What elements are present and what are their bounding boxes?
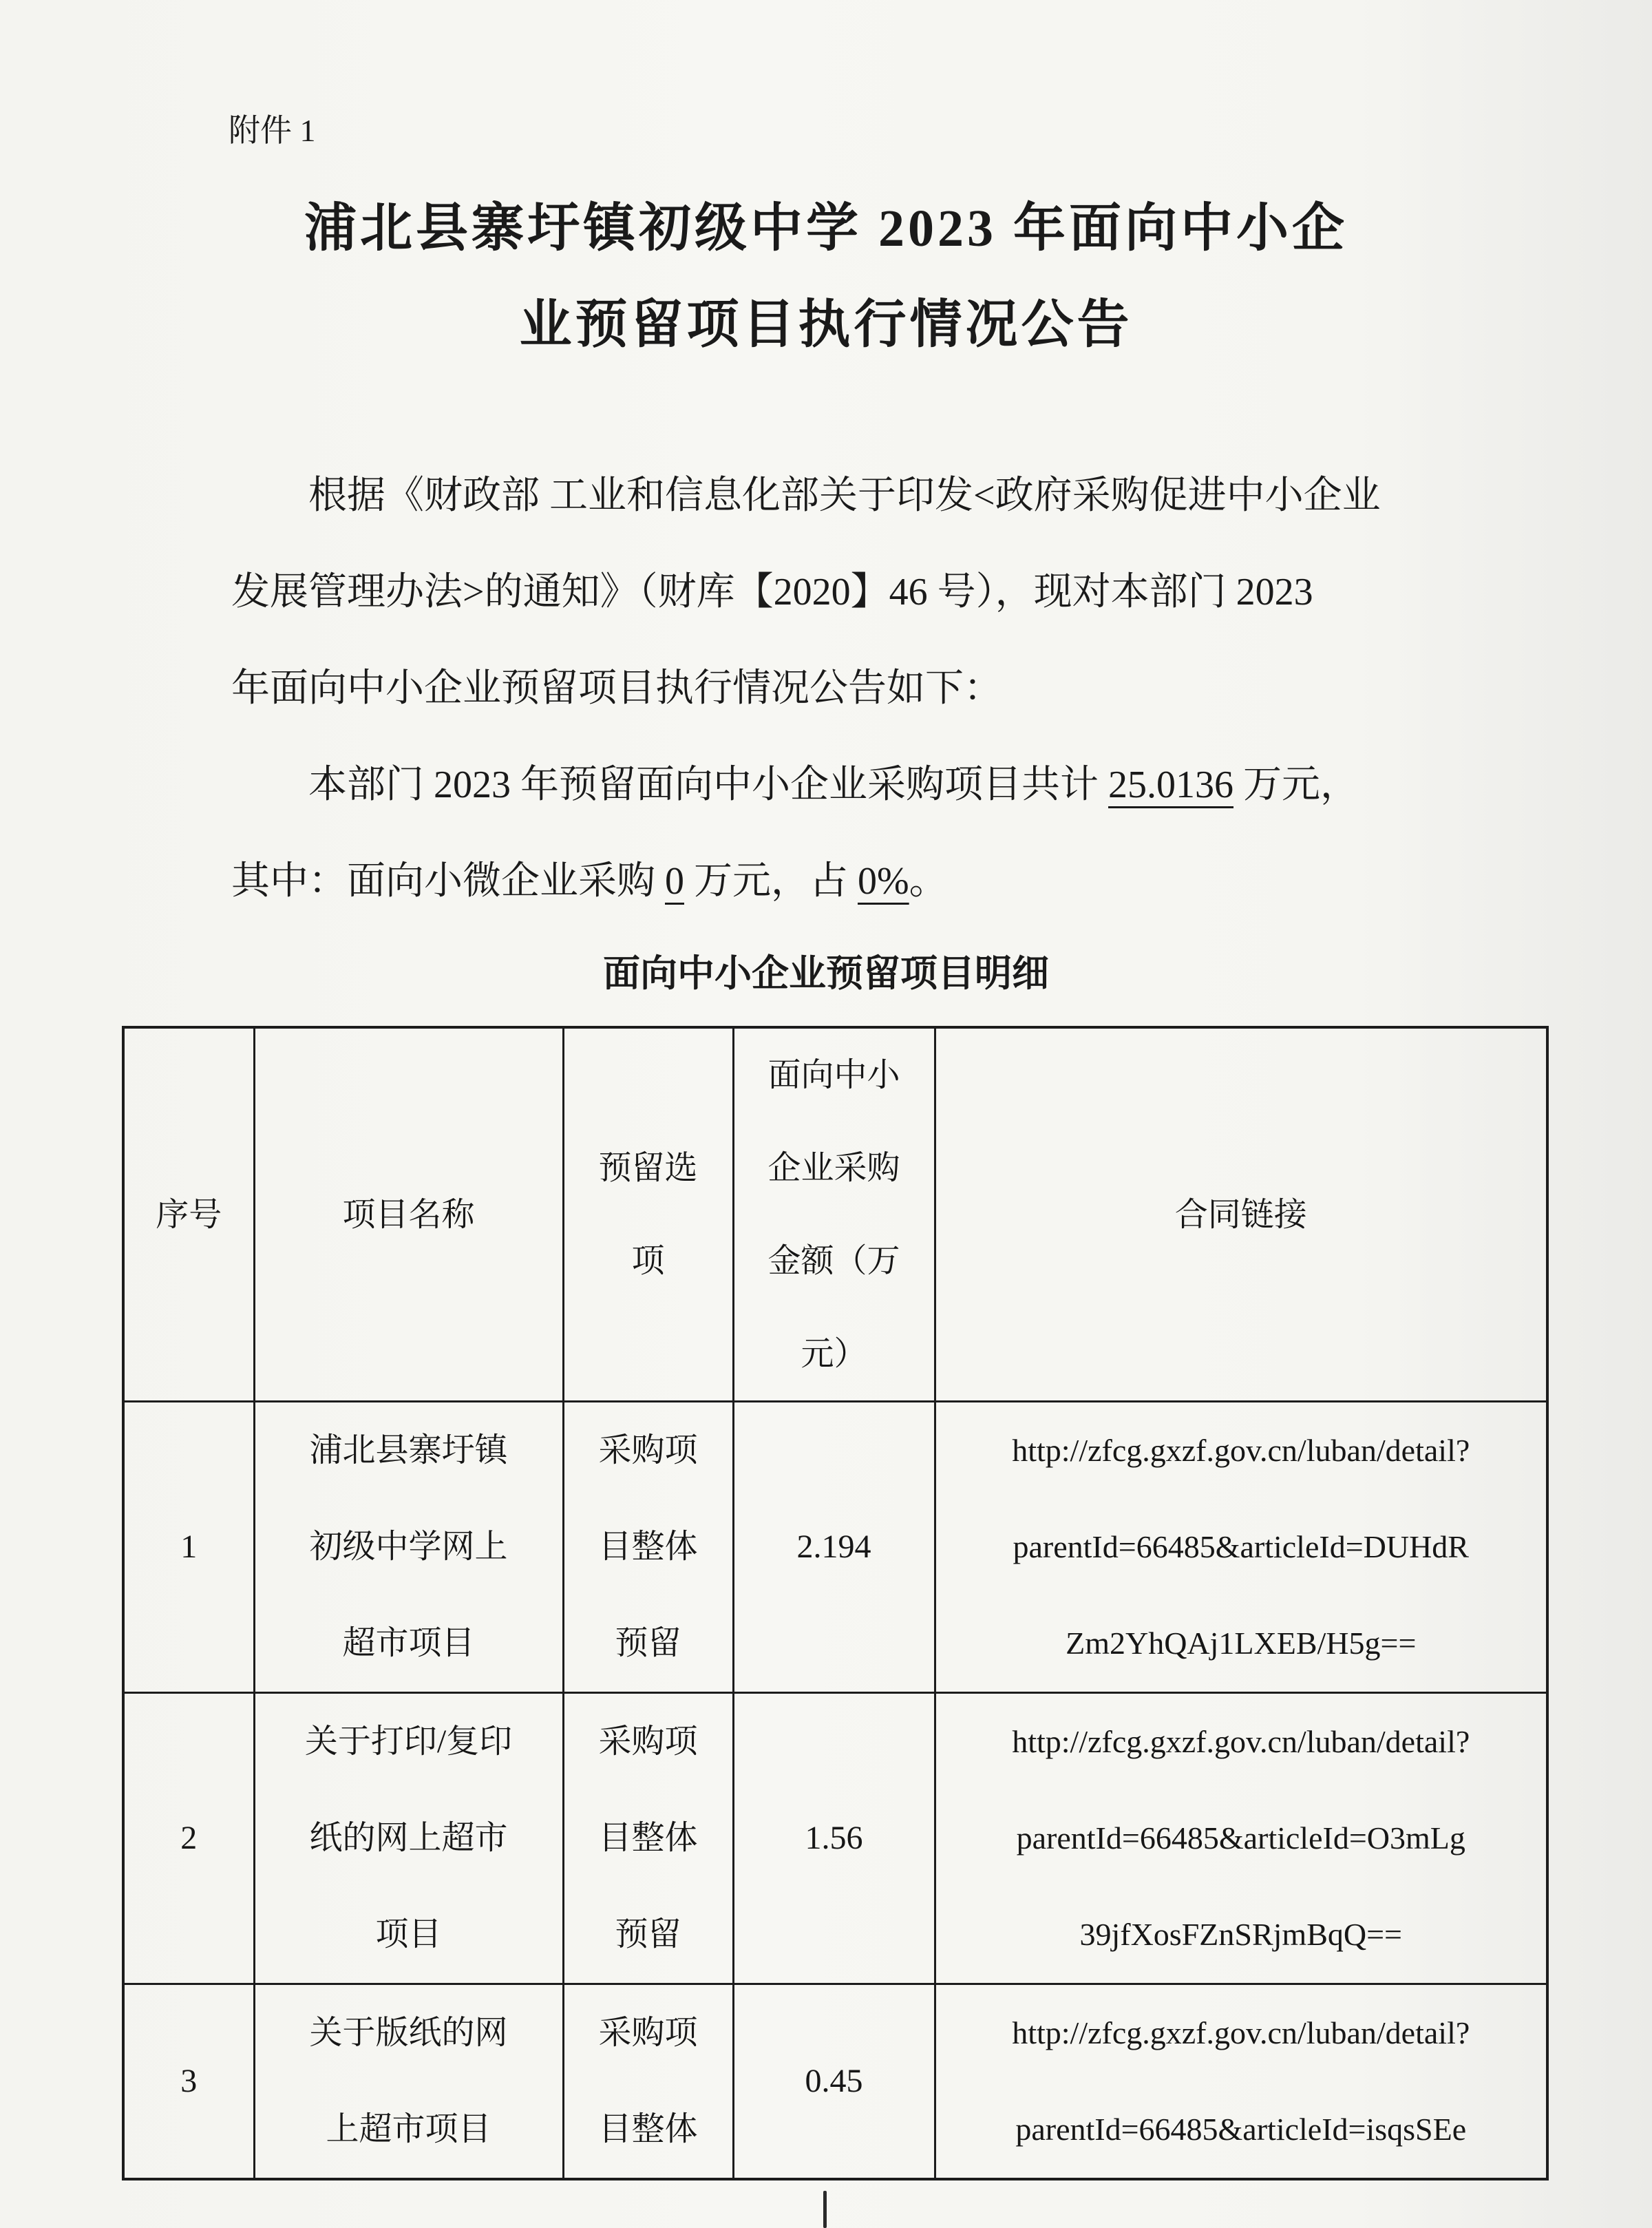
- attachment-label: 附件 1: [229, 110, 316, 151]
- text-segment: 。: [909, 860, 948, 903]
- text-segment: 本部门 2023 年预留面向中小企业采购项目共计: [308, 764, 1108, 806]
- cell-reserve-option: 采购项 目整体: [563, 1984, 733, 2180]
- header-reserve-option: 预留选 项: [563, 1027, 733, 1402]
- header-project-name: 项目名称: [254, 1027, 563, 1402]
- table-caption: 面向中小企业预留项目明细: [0, 939, 1652, 1008]
- reserved-projects-table: 序号 项目名称 预留选 项 面向中小 企业采购 金额（万 元） 合同链接 1: [122, 1026, 1549, 2180]
- paragraph-totals: 本部门 2023 年预留面向中小企业采购项目共计 25.0136 万元， 其中：…: [231, 737, 1432, 929]
- paragraph-basis: 根据《财政部 工业和信息化部关于印发<政府采购促进中小企业 发展管理办法>的通知…: [231, 448, 1432, 737]
- document-title: 浦北县寨圩镇初级中学 2023 年面向中小企 业预留项目执行情况公告: [0, 180, 1652, 373]
- cell-reserve-option: 采购项 目整体 预留: [563, 1693, 733, 1984]
- paragraph-basis-line-2: 发展管理办法>的通知》（财库【2020】46 号），现对本部门 2023: [231, 544, 1432, 640]
- paragraph-basis-line-1: 根据《财政部 工业和信息化部关于印发<政府采购促进中小企业: [231, 448, 1432, 544]
- paragraph-totals-line-1: 本部门 2023 年预留面向中小企业采购项目共计 25.0136 万元，: [231, 737, 1432, 833]
- document-title-line-2: 业预留项目执行情况公告: [0, 277, 1652, 373]
- micro-enterprise-percent-value: 0%: [858, 860, 909, 903]
- document-title-line-1: 浦北县寨圩镇初级中学 2023 年面向中小企: [0, 180, 1652, 277]
- cell-reserve-option: 采购项 目整体 预留: [563, 1402, 733, 1693]
- table-row: 3 关于版纸的网 上超市项目 采购项 目整体 0.45 http://zfcg.…: [123, 1984, 1547, 2180]
- cell-purchase-amount: 2.194: [733, 1402, 935, 1693]
- micro-enterprise-amount-value: 0: [665, 860, 684, 903]
- scanned-document-page: 附件 1 浦北县寨圩镇初级中学 2023 年面向中小企 业预留项目执行情况公告 …: [0, 0, 1652, 2228]
- cell-project-name: 关于打印/复印 纸的网上超市 项目: [254, 1693, 563, 1984]
- cell-project-name: 关于版纸的网 上超市项目: [254, 1984, 563, 2180]
- text-segment: 其中：面向小微企业采购: [231, 860, 665, 903]
- cell-contract-link: http://zfcg.gxzf.gov.cn/luban/detail? pa…: [935, 1984, 1547, 2180]
- table-row: 2 关于打印/复印 纸的网上超市 项目 采购项 目整体 预留 1.56 http…: [123, 1693, 1547, 1984]
- header-serial-number: 序号: [123, 1027, 254, 1402]
- cell-serial-number: 1: [123, 1402, 254, 1693]
- text-segment: 万元，: [1233, 764, 1359, 806]
- table-header-row: 序号 项目名称 预留选 项 面向中小 企业采购 金额（万 元） 合同链接: [123, 1027, 1547, 1402]
- cell-project-name: 浦北县寨圩镇 初级中学网上 超市项目: [254, 1402, 563, 1693]
- cell-contract-link: http://zfcg.gxzf.gov.cn/luban/detail? pa…: [935, 1693, 1547, 1984]
- text-segment: 万元，占: [684, 860, 858, 903]
- header-contract-link: 合同链接: [935, 1027, 1547, 1402]
- cell-contract-link: http://zfcg.gxzf.gov.cn/luban/detail? pa…: [935, 1402, 1547, 1693]
- header-purchase-amount: 面向中小 企业采购 金额（万 元）: [733, 1027, 935, 1402]
- table-row: 1 浦北县寨圩镇 初级中学网上 超市项目 采购项 目整体 预留 2.194 ht…: [123, 1402, 1547, 1693]
- scan-artifact-mark: [823, 2191, 827, 2228]
- paragraph-basis-line-3: 年面向中小企业预留项目执行情况公告如下：: [231, 640, 1432, 737]
- paragraph-totals-line-2: 其中：面向小微企业采购 0 万元，占 0%。: [231, 833, 1432, 929]
- cell-purchase-amount: 1.56: [733, 1693, 935, 1984]
- cell-purchase-amount: 0.45: [733, 1984, 935, 2180]
- total-reserved-amount-value: 25.0136: [1108, 764, 1233, 806]
- cell-serial-number: 2: [123, 1693, 254, 1984]
- cell-serial-number: 3: [123, 1984, 254, 2180]
